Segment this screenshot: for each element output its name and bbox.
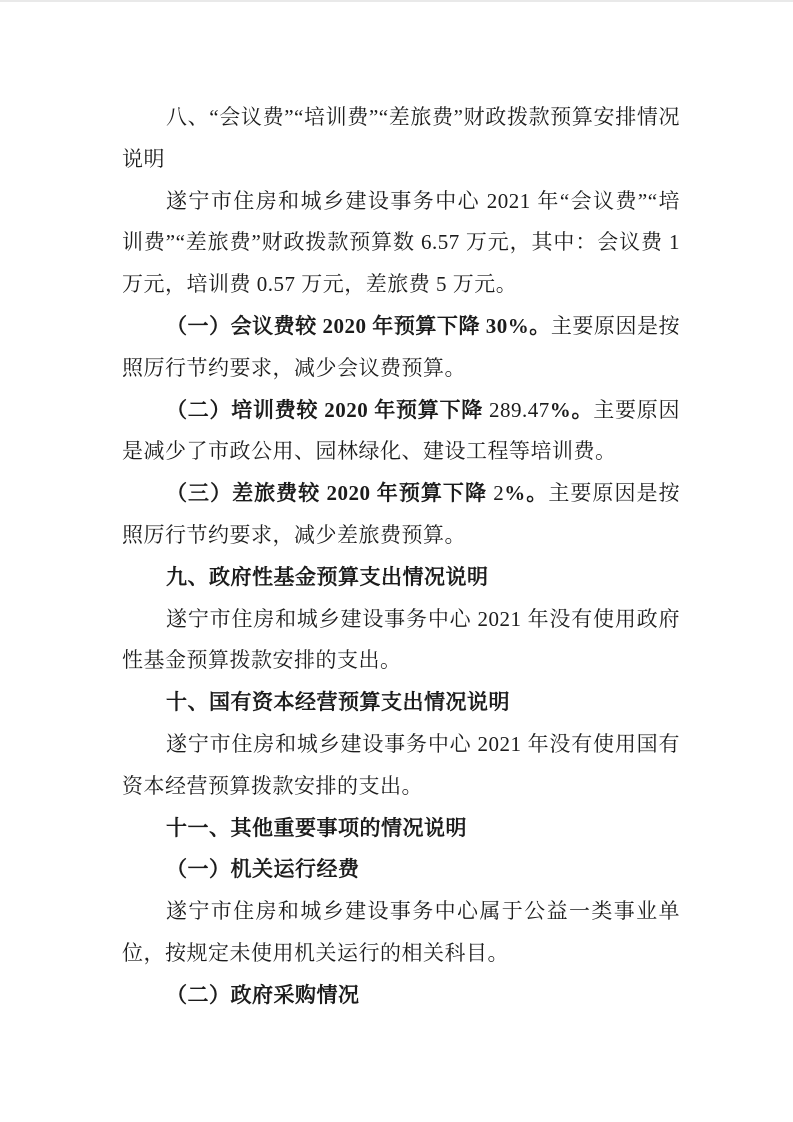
para-training-fee-percent-sign: %。	[550, 398, 594, 422]
para-travel-fee-percent: 2	[493, 481, 504, 505]
para-state-capital-budget-text: 遂宁市住房和城乡建设事务中心 2021 年没有使用国有资本经营预算拨款安排的支出…	[122, 732, 680, 798]
para-training-fee-percent: 289.47	[489, 398, 550, 422]
para-travel-fee-percent-sign: %。	[504, 481, 548, 505]
para-state-capital-budget: 遂宁市住房和城乡建设事务中心 2021 年没有使用国有资本经营预算拨款安排的支出…	[122, 724, 680, 808]
section-heading-9: 九、政府性基金预算支出情况说明	[122, 557, 680, 599]
document-page: 八、“会议费”“培训费”“差旅费”财政拨款预算安排情况说明 遂宁市住房和城乡建设…	[0, 0, 793, 1122]
section-heading-10-text: 十、国有资本经营预算支出情况说明	[166, 691, 510, 714]
section-heading-9-text: 九、政府性基金预算支出情况说明	[166, 566, 489, 589]
para-gov-fund-budget-text: 遂宁市住房和城乡建设事务中心 2021 年没有使用政府性基金预算拨款安排的支出。	[122, 607, 680, 673]
subheading-gov-procurement: （二）政府采购情况	[122, 975, 680, 1017]
para-agency-operating-cost-text: 遂宁市住房和城乡建设事务中心属于公益一类事业单位，按规定未使用机关运行的相关科目…	[122, 899, 680, 965]
page-top-edge	[0, 0, 793, 2]
para-travel-fee-lead: （三）差旅费较 2020 年预算下降	[166, 481, 493, 505]
para-travel-fee: （三）差旅费较 2020 年预算下降 2%。主要原因是按照厉行节约要求，减少差旅…	[122, 473, 680, 557]
para-fees-budget-overview-text: 遂宁市住房和城乡建设事务中心 2021 年“会议费”“培训费”“差旅费”财政拨款…	[122, 189, 680, 297]
subheading-gov-procurement-text: （二）政府采购情况	[166, 983, 360, 1007]
para-agency-operating-cost: 遂宁市住房和城乡建设事务中心属于公益一类事业单位，按规定未使用机关运行的相关科目…	[122, 891, 680, 975]
subheading-agency-operating-cost: （一）机关运行经费	[122, 849, 680, 891]
section-heading-8: 八、“会议费”“培训费”“差旅费”财政拨款预算安排情况说明	[122, 97, 680, 181]
section-heading-8-text: 八、“会议费”“培训费”“差旅费”财政拨款预算安排情况说明	[122, 105, 680, 171]
para-gov-fund-budget: 遂宁市住房和城乡建设事务中心 2021 年没有使用政府性基金预算拨款安排的支出。	[122, 599, 680, 683]
section-heading-11: 十一、其他重要事项的情况说明	[122, 808, 680, 850]
subheading-agency-operating-cost-text: （一）机关运行经费	[166, 857, 360, 881]
para-fees-budget-overview: 遂宁市住房和城乡建设事务中心 2021 年“会议费”“培训费”“差旅费”财政拨款…	[122, 181, 680, 306]
section-heading-11-text: 十一、其他重要事项的情况说明	[166, 817, 467, 840]
para-training-fee-lead: （二）培训费较 2020 年预算下降	[166, 398, 489, 422]
para-meeting-fee: （一）会议费较 2020 年预算下降 30%。主要原因是按照厉行节约要求，减少会…	[122, 306, 680, 390]
para-training-fee: （二）培训费较 2020 年预算下降 289.47%。主要原因是减少了市政公用、…	[122, 390, 680, 474]
document-content: 八、“会议费”“培训费”“差旅费”财政拨款预算安排情况说明 遂宁市住房和城乡建设…	[122, 97, 680, 1017]
para-meeting-fee-lead: （一）会议费较 2020 年预算下降 30%。	[166, 314, 551, 338]
section-heading-10: 十、国有资本经营预算支出情况说明	[122, 682, 680, 724]
